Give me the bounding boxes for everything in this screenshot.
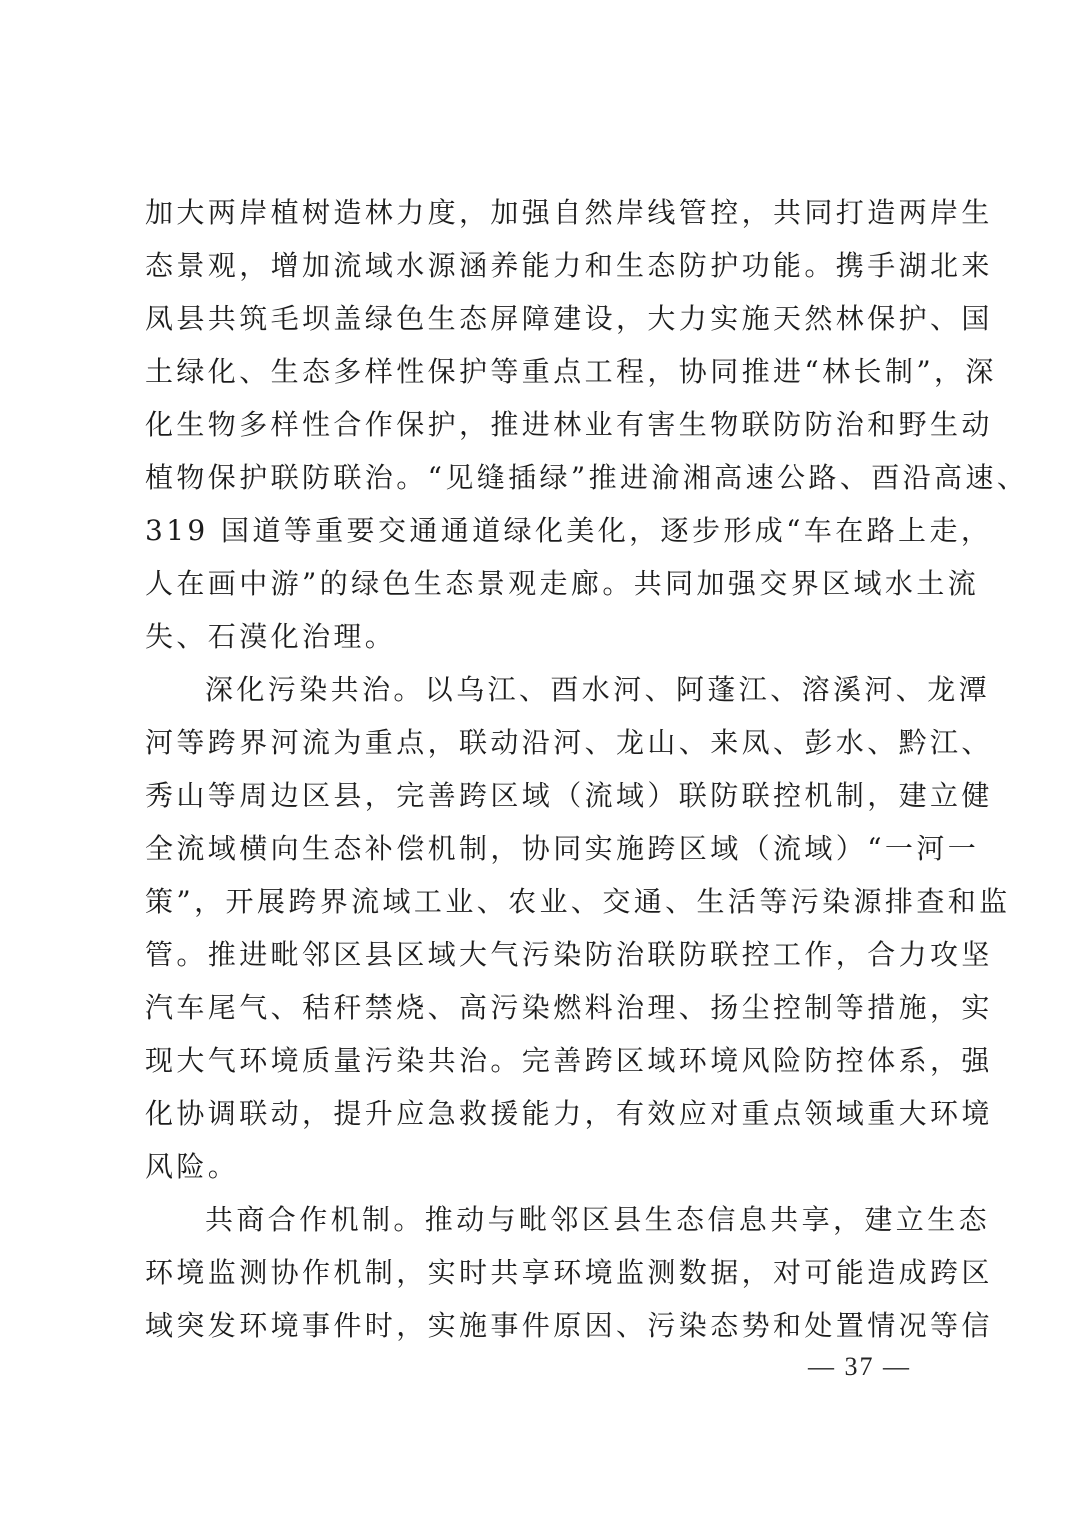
page-number: — 37 — xyxy=(808,1352,911,1382)
text-line: 人在画中游”的绿色生态景观走廊。共同加强交界区域水土流 xyxy=(145,557,925,610)
text-line: 化协调联动，提升应急救援能力，有效应对重点领域重大环境 xyxy=(145,1087,925,1140)
text-line: 植物保护联防联治。“见缝插绿”推进渝湘高速公路、酉沿高速、 xyxy=(145,451,925,504)
text-line: 域突发环境事件时，实施事件原因、污染态势和处置情况等信 xyxy=(145,1299,925,1352)
document-page: 加大两岸植树造林力度，加强自然岸线管控，共同打造两岸生 态景观，增加流域水源涵养… xyxy=(0,0,1074,1520)
paragraph-heading-line: 深化污染共治。以乌江、酉水河、阿蓬江、溶溪河、龙潭 xyxy=(145,663,925,716)
paragraph-heading-line: 共商合作机制。推动与毗邻区县生态信息共享，建立生态 xyxy=(145,1193,925,1246)
text-line: 失、石漠化治理。 xyxy=(145,610,925,663)
text-line: 凤县共筑毛坝盖绿色生态屏障建设，大力实施天然林保护、国 xyxy=(145,292,925,345)
text-line: 秀山等周边区县，完善跨区域（流域）联防联控机制，建立健 xyxy=(145,769,925,822)
body-text: 加大两岸植树造林力度，加强自然岸线管控，共同打造两岸生 态景观，增加流域水源涵养… xyxy=(145,186,925,1352)
text-line: 319 国道等重要交通通道绿化美化，逐步形成“车在路上走， xyxy=(145,504,925,557)
text-line: 土绿化、生态多样性保护等重点工程，协同推进“林长制”，深 xyxy=(145,345,925,398)
text-line: 全流域横向生态补偿机制，协同实施跨区域（流域）“一河一 xyxy=(145,822,925,875)
text-line: 态景观，增加流域水源涵养能力和生态防护功能。携手湖北来 xyxy=(145,239,925,292)
text-line: 管。推进毗邻区县区域大气污染防治联防联控工作，合力攻坚 xyxy=(145,928,925,981)
text-line: 现大气环境质量污染共治。完善跨区域环境风险防控体系，强 xyxy=(145,1034,925,1087)
text-line: 环境监测协作机制，实时共享环境监测数据，对可能造成跨区 xyxy=(145,1246,925,1299)
text-line: 化生物多样性合作保护，推进林业有害生物联防防治和野生动 xyxy=(145,398,925,451)
text-line: 风险。 xyxy=(145,1140,925,1193)
text-line: 汽车尾气、秸秆禁烧、高污染燃料治理、扬尘控制等措施，实 xyxy=(145,981,925,1034)
text-line: 河等跨界河流为重点，联动沿河、龙山、来凤、彭水、黔江、 xyxy=(145,716,925,769)
text-line: 加大两岸植树造林力度，加强自然岸线管控，共同打造两岸生 xyxy=(145,186,925,239)
text-line: 策”，开展跨界流域工业、农业、交通、生活等污染源排查和监 xyxy=(145,875,925,928)
